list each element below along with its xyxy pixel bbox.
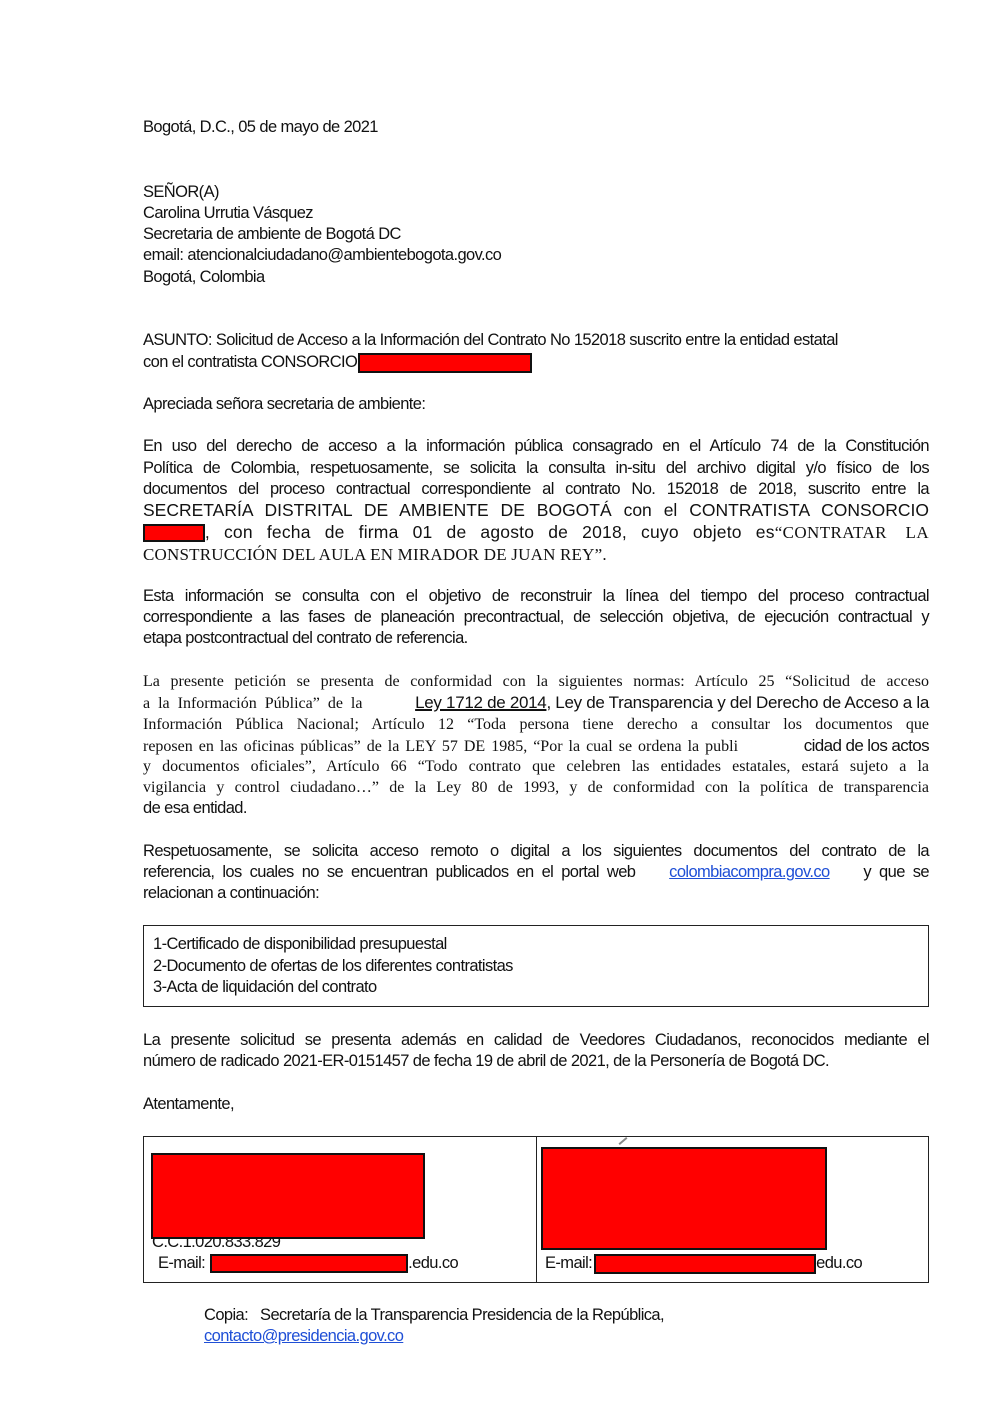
closing: Atentamente, bbox=[143, 1094, 234, 1115]
presidencia-email-link[interactable]: contacto@presidencia.gov.co bbox=[204, 1326, 403, 1347]
subject-line-2-text: con el contratista CONSORCIO bbox=[143, 353, 357, 371]
paragraph-3-line-4-serif: reposen en las oficinas públicas” de la … bbox=[143, 736, 738, 757]
signature-1-email: E-mail: .edu.co bbox=[158, 1253, 458, 1274]
paragraph-2-line-1: Esta información se consulta con el obje… bbox=[143, 586, 929, 607]
date-line: Bogotá, D.C., 05 de mayo de 2021 bbox=[143, 117, 378, 138]
copy-line: Copia: Secretaría de la Transparencia Pr… bbox=[204, 1305, 664, 1326]
paragraph-3-line-3: Información Pública Nacional; Artículo 1… bbox=[143, 714, 929, 735]
requested-document-item: 3-Acta de liquidación del contrato bbox=[153, 977, 377, 998]
paragraph-3-line-7: de esa entidad. bbox=[143, 798, 247, 819]
paragraph-5-line-2: número de radicado 2021-ER-0151457 de fe… bbox=[143, 1051, 829, 1072]
paragraph-4-line-2: referencia, los cuales no se encuentran … bbox=[143, 862, 929, 883]
paragraph-3-line-2-serif: a la Información Pública” de la bbox=[143, 693, 362, 714]
paragraph-1-line-3: documentos del proceso contractual corre… bbox=[143, 479, 929, 500]
law-1712-link[interactable]: Ley 1712 de 2014 bbox=[415, 693, 546, 712]
redacted-signature-2-email bbox=[594, 1254, 816, 1274]
paragraph-4-line-2-pre: referencia, los cuales no se encuentran … bbox=[143, 862, 635, 883]
redacted-signature-1-email bbox=[210, 1254, 408, 1273]
paragraph-2-line-3: etapa postcontractual del contrato de re… bbox=[143, 628, 468, 649]
redacted-signature-1-name bbox=[151, 1153, 425, 1239]
paragraph-5-line-1: La presente solicitud se presenta además… bbox=[143, 1030, 929, 1051]
contract-object-end: CONSTRUCCIÓN DEL AULA EN MIRADOR DE JUAN… bbox=[143, 544, 607, 565]
requested-document-item: 1-Certificado de disponibilidad presupue… bbox=[153, 934, 447, 955]
paragraph-3-line-2-sans: , Ley de Transparencia y del Derecho de … bbox=[546, 693, 929, 712]
paragraph-4-line-1: Respetuosamente, se solicita acceso remo… bbox=[143, 841, 929, 862]
signature-1-email-label: E-mail: bbox=[158, 1253, 205, 1274]
greeting: Apreciada señora secretaria de ambiente: bbox=[143, 394, 425, 415]
recipient-city: Bogotá, Colombia bbox=[143, 267, 265, 288]
paragraph-3-line-1: La presente petición se presenta de conf… bbox=[143, 671, 929, 692]
redacted-signature-2-name bbox=[541, 1147, 827, 1250]
requested-document-item: 2-Documento de ofertas de los diferentes… bbox=[153, 956, 513, 977]
paragraph-1-line-5: , con fecha de firma 01 de agosto de 201… bbox=[143, 522, 929, 543]
signature-2-email-label: E-mail: bbox=[545, 1253, 592, 1274]
paragraph-1-line-2: Política de Colombia, respetuosamente, s… bbox=[143, 458, 929, 479]
paragraph-3-line-5: y documentos oficiales”, Artículo 66 “To… bbox=[143, 756, 929, 777]
contract-object-start: “CONTRATAR LA bbox=[775, 522, 929, 543]
paragraph-3-line-6: vigilancia y control ciudadano…” de la L… bbox=[143, 777, 929, 798]
recipient-salutation: SEÑOR(A) bbox=[143, 182, 219, 203]
paragraph-3-line-4: reposen en las oficinas públicas” de la … bbox=[143, 735, 929, 757]
subject-line-2: con el contratista CONSORCIO bbox=[143, 352, 532, 373]
colombiacompra-link[interactable]: colombiacompra.gov.co bbox=[669, 862, 829, 883]
redacted-consortium-name-2 bbox=[143, 524, 205, 542]
subject-line-1: ASUNTO: Solicitud de Acceso a la Informa… bbox=[143, 330, 838, 351]
paragraph-2-line-2: correspondiente a las fases de planeació… bbox=[143, 607, 929, 628]
recipient-name: Carolina Urrutia Vásquez bbox=[143, 203, 313, 224]
paragraph-1-line-4: SECRETARÍA DISTRITAL DE AMBIENTE DE BOGO… bbox=[143, 500, 929, 521]
signature-table-divider bbox=[536, 1136, 537, 1283]
recipient-email: email: atencionalciudadano@ambientebogot… bbox=[143, 245, 501, 266]
recipient-title: Secretaria de ambiente de Bogotá DC bbox=[143, 224, 401, 245]
paragraph-1-line-5-text: , con fecha de firma 01 de agosto de 201… bbox=[205, 522, 775, 543]
signature-2-email: E-mail: edu.co bbox=[545, 1253, 862, 1274]
paragraph-1-line-1: En uso del derecho de acceso a la inform… bbox=[143, 436, 929, 457]
paragraph-3-line-2: a la Información Pública” de la Ley 1712… bbox=[143, 692, 929, 714]
paragraph-4-line-2-post: y que se bbox=[863, 862, 929, 883]
signature-1-email-suffix: .edu.co bbox=[408, 1253, 458, 1274]
signature-2-email-suffix: edu.co bbox=[816, 1253, 862, 1274]
paragraph-3-line-4-sans: cidad de los actos bbox=[804, 735, 929, 756]
redacted-consortium-name bbox=[358, 353, 532, 373]
paragraph-4-line-3: relacionan a continuación: bbox=[143, 883, 319, 904]
requested-documents-box: 1-Certificado de disponibilidad presupue… bbox=[143, 925, 929, 1007]
